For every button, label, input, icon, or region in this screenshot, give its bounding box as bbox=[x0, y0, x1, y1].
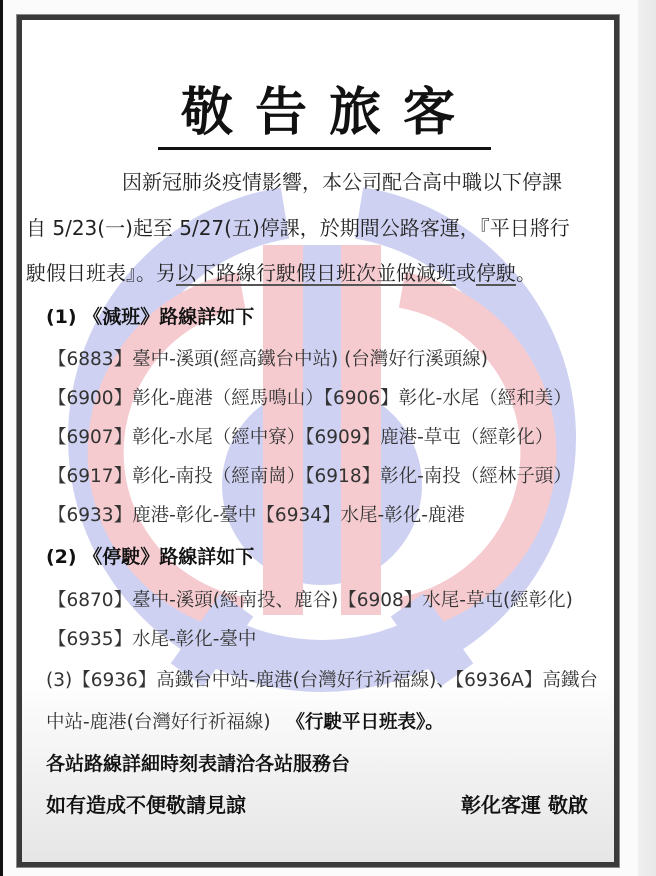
frame-right-edge bbox=[638, 0, 656, 876]
route-line: 【6935】水尾-彰化-臺中 bbox=[48, 625, 256, 651]
intro-or: 或 bbox=[456, 261, 476, 285]
section-3-line-2-text: 中站-鹿港(台灣好行祈福線) bbox=[46, 712, 271, 733]
notice-content: 敬告旅客 因新冠肺炎疫情影響，本公司配合高中職以下停課 自 5/23(一)起至 … bbox=[22, 20, 614, 862]
intro-underlined-holiday-schedule: 以下路線行駛假日班次並做 bbox=[176, 261, 416, 285]
intro-line-3-pre: 駛假日班表』。另 bbox=[26, 261, 176, 285]
footer-apology: 如有造成不便敬請見諒 bbox=[46, 789, 246, 818]
route-line: 【6907】彰化-水尾（經中寮）【6909】鹿港-草屯（經彰化） bbox=[48, 423, 553, 449]
intro-line-1: 因新冠肺炎疫情影響，本公司配合高中職以下停課 bbox=[122, 166, 562, 195]
section-1-heading: (1) 《減班》路線詳如下 bbox=[46, 302, 254, 329]
route-line: 【6883】臺中-溪頭(經高鐵台中站) (台灣好行溪頭線) bbox=[48, 345, 488, 371]
intro-line-3-end: 。 bbox=[516, 261, 536, 285]
footer-signature: 彰化客運 敬啟 bbox=[461, 789, 588, 818]
intro-underlined-suspended: 停駛 bbox=[476, 261, 516, 285]
footer-info: 各站路線詳細時刻表請洽各站服務台 bbox=[46, 749, 350, 776]
intro-line-2: 自 5/23(一)起至 5/27(五)停課，於期間公路客運，『平日將行 bbox=[26, 212, 570, 241]
route-line: 【6900】彰化-鹿港（經馬鳴山）【6906】彰化-水尾（經和美） bbox=[48, 384, 572, 410]
section-3-line-2: 中站-鹿港(台灣好行祈福線) 《行駛平日班表》。 bbox=[46, 708, 444, 734]
intro-line-3: 駛假日班表』。另以下路線行駛假日班次並做減班或停駛。 bbox=[26, 257, 536, 286]
section-2-heading: (2) 《停駛》路線詳如下 bbox=[46, 542, 254, 569]
route-line: 【6933】鹿港-彰化-臺中【6934】水尾-彰化-鹿港 bbox=[48, 501, 465, 527]
route-line: 【6917】彰化-南投（經南崗）【6918】彰化-南投（經林子頭） bbox=[48, 462, 572, 488]
section-3-line-1: (3)【6936】高鐵台中站-鹿港(台灣好行祈福線)、【6936A】高鐵台 bbox=[46, 666, 598, 692]
notice-poster: 敬告旅客 因新冠肺炎疫情影響，本公司配合高中職以下停課 自 5/23(一)起至 … bbox=[17, 15, 619, 867]
frame-left-edge bbox=[0, 0, 3, 876]
notice-title: 敬告旅客 bbox=[22, 70, 614, 145]
intro-underlined-reduced: 減班 bbox=[416, 261, 456, 285]
route-line: 【6870】臺中-溪頭(經南投、鹿谷)【6908】水尾-草屯(經彰化) bbox=[48, 586, 573, 612]
section-3-emphasis: 《行駛平日班表》。 bbox=[287, 712, 444, 733]
title-underline bbox=[158, 147, 491, 150]
